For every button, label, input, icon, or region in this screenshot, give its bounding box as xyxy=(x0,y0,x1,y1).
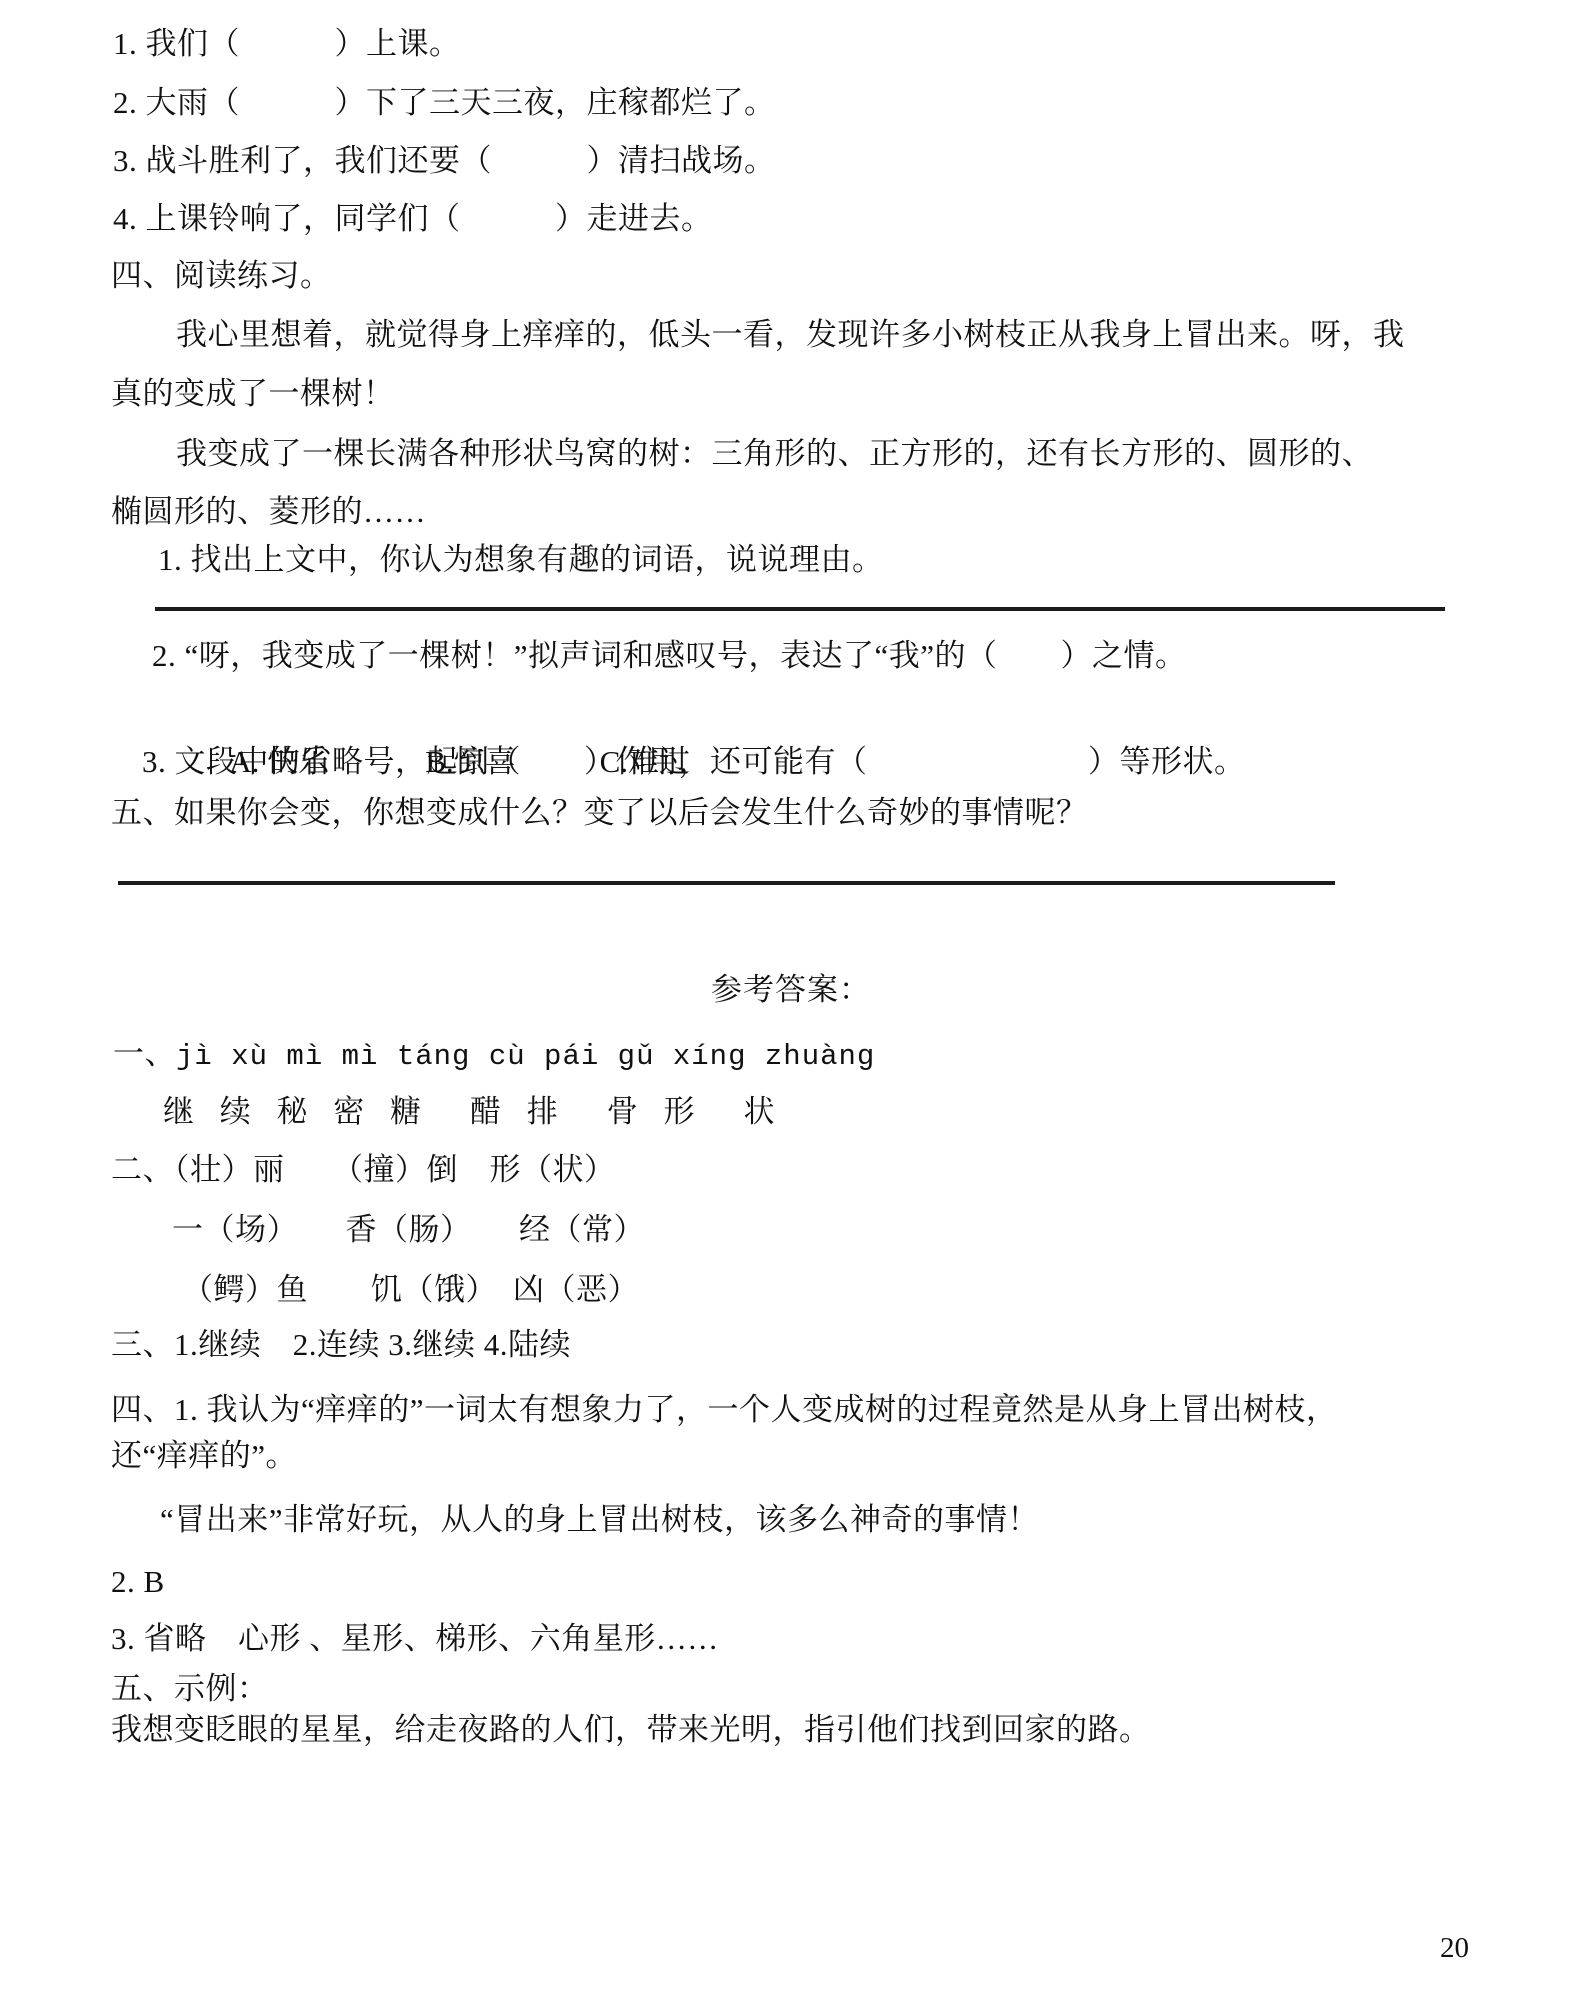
answer-three: 三、1.继续 2.连续 3.继续 4.陆续 xyxy=(111,1327,571,1363)
separator-line xyxy=(118,881,1335,885)
answer-one-pinyin: jì xù mì mì táng cù pái gǔ xíng zhuàng xyxy=(176,1040,875,1073)
answer-two-line-1: 二、（壮）丽 （撞）倒 形（状） xyxy=(111,1152,616,1188)
answer-two-line-2: 一（场） 香（肠） 经（常） xyxy=(172,1212,645,1248)
fill-item-2: 2. 大雨（ ）下了三天三夜，庄稼都烂了。 xyxy=(113,85,776,121)
answer-four-2b: 2. B xyxy=(111,1564,165,1600)
answer-four-line-2: 还“痒痒的”。 xyxy=(111,1438,297,1474)
answer-four-line-1: 四、1. 我认为“痒痒的”一词太有想象力了，一个人变成树的过程竟然是从身上冒出树… xyxy=(111,1392,1338,1428)
section5-heading: 五、如果你会变，你想变成什么？变了以后会发生什么奇妙的事情呢？ xyxy=(111,795,1088,831)
passage-line-3: 我变成了一棵长满各种形状鸟窝的树：三角形的、正方形的，还有长方形的、圆形的、 xyxy=(176,436,1373,472)
answer-four-3: 3. 省略 心形 、星形、梯形、六角星形…… xyxy=(111,1621,719,1657)
question-1: 1. 找出上文中，你认为想象有趣的词语，说说理由。 xyxy=(158,542,884,578)
section4-heading: 四、阅读练习。 xyxy=(111,258,332,294)
answer-four-line-3: “冒出来”非常好玩，从人的身上冒出树枝，该多么神奇的事情！ xyxy=(160,1502,1039,1538)
passage-line-1: 我心里想着，就觉得身上痒痒的，低头一看，发现许多小树枝正从我身上冒出来。呀，我 xyxy=(176,317,1405,353)
answer-one-pinyin-line: 一、jì xù mì mì táng cù pái gǔ xíng zhuàng xyxy=(113,1036,875,1073)
answers-title: 参考答案： xyxy=(0,972,1582,1008)
answer-one-prefix: 一、 xyxy=(113,1036,176,1071)
fill-item-1: 1. 我们（ ）上课。 xyxy=(113,26,461,62)
question-3: 3. 文段中的省略号，起到（ ）作用，还可能有（ ）等形状。 xyxy=(142,744,1246,780)
question-2: 2. “呀，我变成了一棵树！”拟声词和感叹号，表达了“我”的（ ）之情。 xyxy=(152,638,1187,674)
fill-item-4: 4. 上课铃响了，同学们（ ）走进去。 xyxy=(113,201,713,237)
page-number: 20 xyxy=(1440,1932,1469,1965)
worksheet-page: 1. 我们（ ）上课。 2. 大雨（ ）下了三天三夜，庄稼都烂了。 3. 战斗胜… xyxy=(0,0,1582,1990)
answer-two-line-3: （鳄）鱼 饥（饿） 凶（恶） xyxy=(182,1272,639,1308)
answer-five-line-2: 我想变眨眼的星星，给走夜路的人们，带来光明，指引他们找到回家的路。 xyxy=(111,1712,1151,1748)
fill-item-3: 3. 战斗胜利了，我们还要（ ）清扫战场。 xyxy=(113,143,776,179)
passage-line-2: 真的变成了一棵树！ xyxy=(111,376,395,412)
answer-five-line-1: 五、示例： xyxy=(111,1671,269,1707)
answer-write-line xyxy=(155,607,1445,611)
answer-one-characters: 继 续 秘 密 糖 醋 排 骨 形 状 xyxy=(163,1094,784,1130)
passage-line-4: 椭圆形的、菱形的…… xyxy=(111,494,426,530)
